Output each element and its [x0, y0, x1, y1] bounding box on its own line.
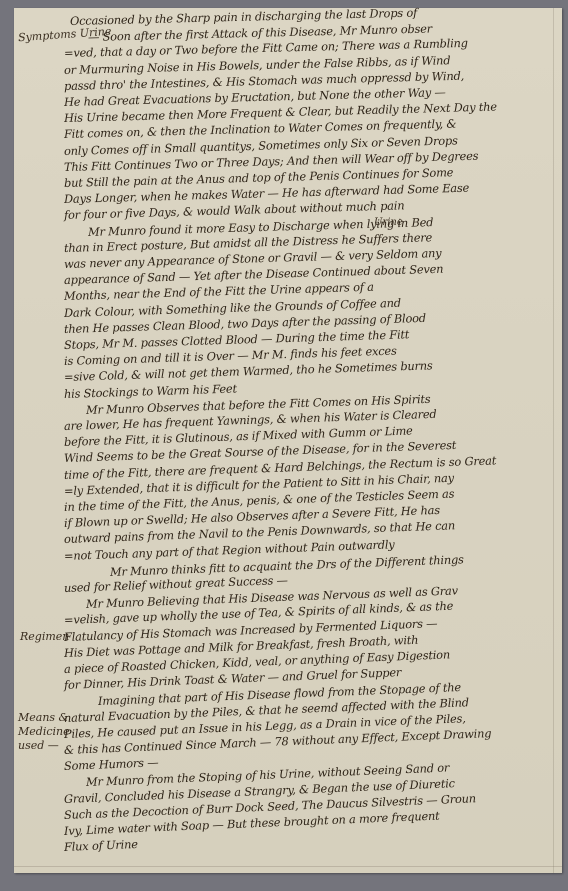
- page-fold-line: [14, 866, 562, 867]
- manuscript-page: Symptoms Urine Regimen Means & Medicine …: [14, 8, 562, 873]
- manuscript-line: Some Humors —: [64, 755, 159, 773]
- margin-note-regimen: Regimen: [20, 630, 69, 644]
- manuscript-line: Flux of Urine: [64, 837, 138, 854]
- manuscript-line: his Stockings to Warm his Feet: [64, 381, 237, 401]
